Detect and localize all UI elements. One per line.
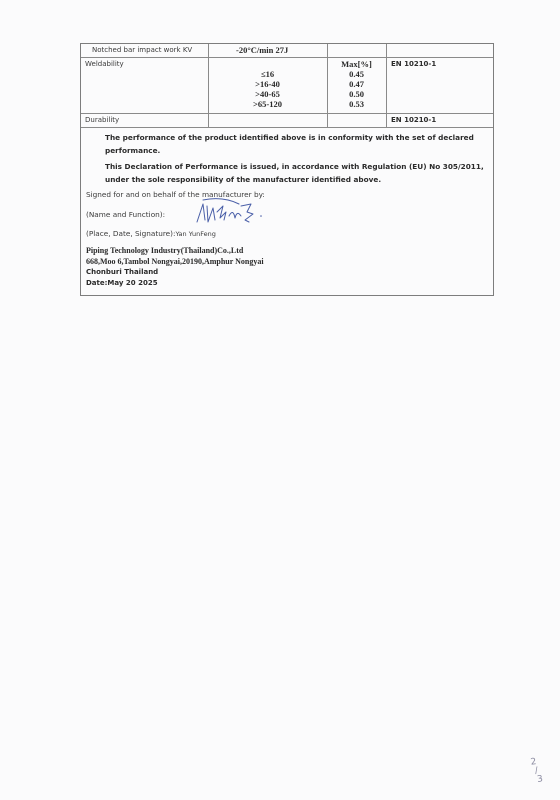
thickness-range: >40-65 [208,89,327,99]
document-page: Notched bar impact work KV -20°C/min 27J… [0,0,560,800]
name-function-label: (Name and Function): [86,210,165,219]
thickness-range: ≤16 [208,69,327,79]
max-value: 0.47 [327,79,386,89]
thickness-range-list: ≤16 >16-40 >40-65 >65-120 [208,69,327,109]
company-name: Piping Technology Industry(Thailand)Co.,… [86,246,264,257]
declaration-frame: Notched bar impact work KV -20°C/min 27J… [80,43,494,296]
place-date-signature-label: (Place, Date, Signature): [86,229,175,238]
max-values-list: Max[%] 0.45 0.47 0.50 0.53 [327,59,386,109]
thickness-range: >16-40 [208,79,327,89]
column-divider [386,44,387,128]
conformity-statement: The performance of the product identifie… [105,131,485,157]
table-row-weldability: Weldability ≤16 >16-40 >40-65 >65-120 Ma… [81,58,493,114]
max-value: 0.50 [327,89,386,99]
spec-reference: EN 10210-1 [391,116,436,124]
column-divider [327,44,328,128]
performance-value: -20°C/min 27J [236,45,288,55]
company-region: Chonburi Thailand [86,267,264,278]
table-row-impact: Notched bar impact work KV -20°C/min 27J [81,44,493,58]
column-divider [208,44,209,128]
handwritten-page-number: 2 / 3 [530,757,543,785]
spec-reference: EN 10210-1 [391,60,436,68]
max-value: 0.53 [327,99,386,109]
issue-date: Date:May 20 2025 [86,278,264,289]
characteristic-label: Notched bar impact work KV [92,46,192,54]
thickness-range: >65-120 [208,99,327,109]
issued-statement: This Declaration of Performance is issue… [105,160,485,186]
table-row-durability: Durability EN 10210-1 [81,114,493,128]
signature-image [193,198,263,226]
page-total: 3 [537,775,544,785]
max-value: 0.45 [327,69,386,79]
signatory-name: Yan YunFeng [175,230,215,238]
place-date-signature-line: (Place, Date, Signature):Yan YunFeng [86,229,216,238]
characteristic-label: Weldability [85,60,124,68]
max-values-header: Max[%] [327,59,386,69]
characteristic-label: Durability [85,116,119,124]
company-address: 668,Moo 6,Tambol Nongyai,20190,Amphur No… [86,257,264,268]
manufacturer-block: Piping Technology Industry(Thailand)Co.,… [86,246,264,288]
